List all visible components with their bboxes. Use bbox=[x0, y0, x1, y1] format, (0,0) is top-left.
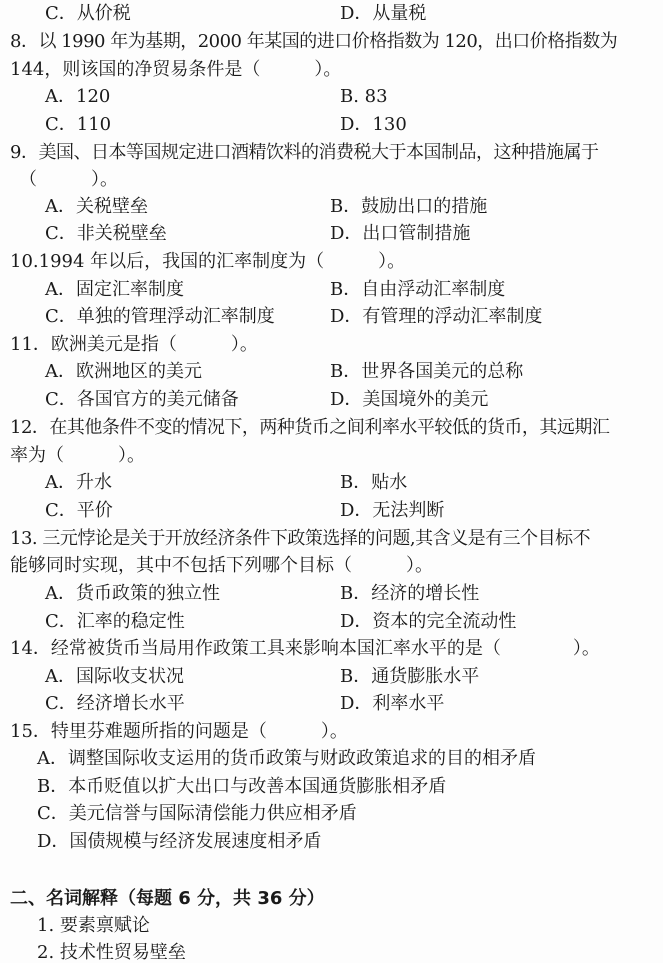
question-8-option-d: D．130 bbox=[340, 113, 407, 137]
question-12-line-2: 率为（ ）。 bbox=[10, 444, 145, 468]
term-item-1: 1. 要素禀赋论 bbox=[37, 914, 150, 938]
question-14-line-1: 14．经常被货币当局用作政策工具来影响本国汇率水平的是（ ）。 bbox=[10, 637, 600, 661]
question-9-option-b: B．鼓励出口的措施 bbox=[330, 195, 487, 219]
question-13-line-1: 13. 三元悖论是关于开放经济条件下政策选择的问题,其含义是有三个目标不 bbox=[10, 527, 590, 551]
question-8-line-1: 8．以 1990 年为基期，2000 年某国的进口价格指数为 120，出口价格指… bbox=[10, 30, 617, 54]
question-15-line-1: 15．特里芬难题所指的问题是（ ）。 bbox=[10, 720, 348, 744]
question-15-option-a: A．调整国际收支运用的货币政策与财政政策追求的目的相矛盾 bbox=[37, 747, 536, 771]
question-11-option-a: A．欧洲地区的美元 bbox=[45, 360, 202, 384]
exam-page: C．从价税 D．从量税 8．以 1990 年为基期，2000 年某国的进口价格指… bbox=[0, 0, 663, 963]
question-13-line-2: 能够同时实现，其中不包括下列哪个目标（ ）。 bbox=[10, 554, 433, 578]
question-10-option-a: A．固定汇率制度 bbox=[45, 278, 184, 302]
section-2-heading: 二、名词解释（每题 6 分，共 36 分） bbox=[10, 887, 325, 911]
question-14-option-c: C．经济增长水平 bbox=[45, 692, 185, 716]
question-10-option-c: C．单独的管理浮动汇率制度 bbox=[45, 305, 275, 329]
question-8-option-a: A．120 bbox=[45, 85, 110, 109]
question-13-option-d: D．资本的完全流动性 bbox=[340, 610, 516, 634]
question-15-option-d: D．国债规模与经济发展速度相矛盾 bbox=[37, 830, 321, 854]
question-12-option-c: C．平价 bbox=[45, 499, 113, 523]
question-11-option-c: C．各国官方的美元储备 bbox=[45, 388, 239, 412]
question-11-option-b: B．世界各国美元的总称 bbox=[330, 360, 523, 384]
question-14-option-d: D．利率水平 bbox=[340, 692, 444, 716]
question-9-line-2: （ ）。 bbox=[10, 168, 118, 192]
question-13-option-a: A．货币政策的独立性 bbox=[45, 582, 220, 606]
question-15-option-c: C．美元信誉与国际清偿能力供应相矛盾 bbox=[37, 802, 357, 826]
question-15-option-b: B．本币贬值以扩大出口与改善本国通货膨胀相矛盾 bbox=[37, 775, 446, 799]
question-13-option-c: C．汇率的稳定性 bbox=[45, 610, 185, 634]
question-10-line-1: 10.1994 年以后，我国的汇率制度为（ ）。 bbox=[10, 250, 405, 274]
question-14-option-a: A．国际收支状况 bbox=[45, 665, 184, 689]
question-10-option-d: D．有管理的浮动汇率制度 bbox=[330, 305, 542, 329]
prev-option-c: C．从价税 bbox=[45, 2, 131, 26]
question-8-option-b: B. 83 bbox=[340, 85, 388, 109]
question-12-line-1: 12．在其他条件不变的情况下，两种货币之间利率水平较低的货币，其远期汇 bbox=[10, 416, 609, 440]
question-9-option-c: C．非关税壁垒 bbox=[45, 222, 167, 246]
question-9-option-d: D．出口管制措施 bbox=[330, 222, 470, 246]
question-8-option-c: C．110 bbox=[45, 113, 111, 137]
question-14-option-b: B．通货膨胀水平 bbox=[340, 665, 479, 689]
question-10-option-b: B．自由浮动汇率制度 bbox=[330, 278, 505, 302]
question-8-line-2: 144，则该国的净贸易条件是（ ）。 bbox=[10, 58, 341, 82]
question-12-option-d: D．无法判断 bbox=[340, 499, 444, 523]
question-9-option-a: A．关税壁垒 bbox=[45, 195, 148, 219]
term-item-2: 2. 技术性贸易壁垒 bbox=[37, 941, 186, 963]
question-13-option-b: B．经济的增长性 bbox=[340, 582, 479, 606]
question-9-line-1: 9．美国、日本等国规定进口酒精饮料的消费税大于本国制品，这种措施属于 bbox=[10, 141, 598, 165]
question-11-option-d: D．美国境外的美元 bbox=[330, 388, 488, 412]
question-12-option-b: B．贴水 bbox=[340, 471, 407, 495]
prev-option-d: D．从量税 bbox=[340, 2, 426, 26]
question-12-option-a: A．升水 bbox=[45, 471, 112, 495]
question-11-line-1: 11．欧洲美元是指（ ）。 bbox=[10, 333, 258, 357]
